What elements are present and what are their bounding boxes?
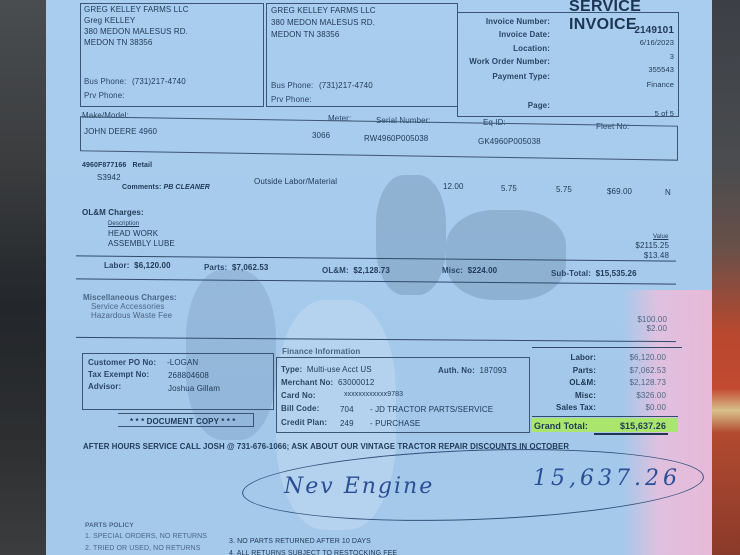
divider	[76, 278, 676, 284]
finance-type: Type: Multi-use Acct US	[281, 365, 372, 374]
finance-type-label: Type:	[281, 365, 302, 374]
grand-total-underline	[594, 433, 668, 435]
total-label: Sales Tax:	[526, 403, 596, 412]
invoice-info-label: Payment Type:	[464, 72, 550, 81]
invoice-info-label: Invoice Number:	[464, 17, 550, 26]
bill-to-address-1: 380 MEDON MALESUS RD.	[84, 27, 188, 36]
divider	[532, 347, 682, 348]
total-label: Misc:	[526, 391, 596, 400]
invoice-info-label: Work Order Number:	[464, 57, 550, 66]
summary-olm: OL&M: $2,128.73	[322, 266, 390, 275]
serial-value: RW4960P005038	[364, 134, 428, 143]
total-value: $7,062.53	[602, 366, 666, 375]
part-ref: 4960F877166 Retail	[82, 162, 152, 169]
summary-subtotal: Sub-Total: $15,535.26	[551, 269, 637, 278]
finance-bill-code-desc: - JD TRACTOR PARTS/SERVICE	[370, 405, 493, 414]
background-photo-right	[712, 0, 740, 555]
bill-to-address-2: MEDON TN 38356	[84, 38, 152, 47]
part-ref-number: 4960F877166	[82, 162, 126, 169]
finance-credit-plan-label: Credit Plan:	[281, 418, 327, 427]
comments-label: Comments:	[122, 184, 161, 191]
grand-total-value: $15,637.26	[594, 421, 666, 431]
bill-to-bus-phone-label: Bus Phone:	[84, 77, 126, 86]
total-value: $0.00	[602, 403, 666, 412]
finance-heading: Finance Information	[282, 347, 360, 356]
parts-policy-item-3: 4. ALL RETURNS SUBJECT TO RESTOCKING FEE	[229, 550, 397, 555]
olm-value-header: Value	[653, 234, 668, 240]
make-model: JOHN DEERE 4960	[84, 127, 157, 136]
reflection-shadow	[376, 175, 446, 295]
finance-auth-value: 187093	[480, 366, 507, 375]
finance-merchant-label: Merchant No:	[281, 378, 333, 387]
finance-credit-plan: 249	[340, 419, 354, 428]
invoice-info-value: Finance	[586, 80, 674, 89]
finance-auth: Auth. No: 187093	[438, 366, 507, 375]
comments-value: PB CLEANER	[163, 184, 210, 191]
line-code: S3942	[97, 173, 121, 182]
summary-parts-value: $7,062.53	[232, 263, 269, 272]
olm-heading: OL&M Charges:	[82, 208, 144, 217]
ship-to-address-2: MEDON TN 38356	[271, 30, 339, 39]
customer-po: -LOGAN	[167, 358, 198, 367]
finance-merchant-value: 63000012	[338, 378, 374, 387]
finance-bill-code: 704	[340, 405, 354, 414]
customer-po-label: Customer PO No:	[88, 358, 156, 367]
bill-to-contact: Greg KELLEY	[84, 16, 135, 25]
summary-subtotal-value: $15,535.26	[596, 269, 637, 278]
document-copy: * * * DOCUMENT COPY * * *	[130, 417, 235, 426]
advisor-value: Joshua Gillam	[168, 384, 220, 393]
misc-item-desc-1: Hazardous Waste Fee	[91, 311, 172, 320]
line-rate-2: 5.75	[556, 185, 572, 194]
bill-to-prv-phone-label: Prv Phone:	[84, 91, 125, 100]
invoice-info-value: 5 of 5	[586, 109, 674, 118]
summary-labor-value: $6,120.00	[134, 261, 171, 270]
invoice-info-value: 2149101	[586, 25, 674, 36]
line-description: Outside Labor/Material	[254, 177, 337, 186]
summary-olm-value: $2,128.73	[353, 266, 390, 275]
summary-labor-label: Labor:	[104, 261, 130, 270]
total-label: OL&M:	[526, 378, 596, 387]
line-amount: $69.00	[607, 187, 632, 196]
tax-exempt-label: Tax Exempt No:	[88, 370, 149, 379]
parts-policy-item-2: 3. NO PARTS RETURNED AFTER 10 DAYS	[229, 538, 371, 545]
total-label: Labor:	[526, 353, 596, 362]
finance-merchant: Merchant No: 63000012	[281, 378, 374, 387]
invoice-info-label: Invoice Date:	[464, 30, 550, 39]
bill-to-bus-phone: (731)217-4740	[132, 77, 186, 86]
olm-item-value-0: $2115.25	[606, 241, 669, 250]
handwritten-note: Nev Engine	[284, 474, 434, 499]
line-qty: 12.00	[443, 182, 464, 191]
background-photo-left	[0, 0, 46, 555]
summary-misc: Misc: $224.00	[442, 266, 497, 275]
finance-card-value: xxxxxxxxxxxx9783	[344, 391, 403, 398]
ship-to-company: GREG KELLEY FARMS LLC	[271, 6, 376, 15]
ship-to-bus-phone: (731)217-4740	[319, 81, 373, 90]
total-value: $326.00	[602, 391, 666, 400]
total-value: $2,128.73	[602, 378, 666, 387]
parts-policy-item-0: 1. SPECIAL ORDERS, NO RETURNS	[85, 533, 207, 540]
invoice-info-label: Location:	[464, 44, 550, 53]
misc-item-value-1: $2.00	[606, 324, 667, 333]
summary-olm-label: OL&M:	[322, 266, 349, 275]
ship-to-bus-phone-label: Bus Phone:	[271, 81, 313, 90]
olm-item-desc-0: HEAD WORK	[108, 229, 158, 238]
reflection-shadow	[446, 210, 566, 300]
finance-auth-label: Auth. No:	[438, 366, 475, 375]
line-flag: N	[665, 188, 671, 197]
misc-item-desc-0: Service Accessories	[91, 302, 164, 311]
invoice-info-value: 3	[586, 52, 674, 61]
invoice-paper: SERVICE INVOICE GREG KELLEY FARMS LLC Gr…	[46, 0, 712, 555]
summary-parts-label: Parts:	[204, 263, 227, 272]
summary-misc-value: $224.00	[468, 266, 498, 275]
ship-to-prv-phone-label: Prv Phone:	[271, 95, 312, 104]
summary-misc-label: Misc:	[442, 266, 463, 275]
olm-item-desc-1: ASSEMBLY LUBE	[108, 239, 175, 248]
divider	[532, 416, 678, 417]
olm-desc-header: Description	[108, 221, 139, 227]
meter-value: 3066	[312, 131, 330, 140]
total-label: Parts:	[526, 366, 596, 375]
summary-labor: Labor: $6,120.00	[104, 261, 171, 270]
parts-policy-item-1: 2. TRIED OR USED, NO RETURNS	[85, 545, 200, 552]
misc-heading: Miscellaneous Charges:	[83, 293, 177, 302]
misc-item-value-0: $100.00	[606, 315, 667, 324]
bill-to-company: GREG KELLEY FARMS LLC	[84, 5, 189, 14]
total-value: $6,120.00	[602, 353, 666, 362]
tax-exempt-value: 268804608	[168, 371, 209, 380]
line-comments: Comments: PB CLEANER	[122, 184, 210, 191]
divider	[76, 337, 676, 342]
finance-bill-code-label: Bill Code:	[281, 404, 319, 413]
summary-subtotal-label: Sub-Total:	[551, 269, 591, 278]
invoice-info-value: 355543	[586, 65, 674, 74]
part-type: Retail	[132, 162, 152, 169]
line-rate-1: 5.75	[501, 184, 517, 193]
advisor-label: Advisor:	[88, 382, 121, 391]
finance-credit-plan-desc: - PURCHASE	[370, 419, 420, 428]
ship-to-address-1: 380 MEDON MALESUS RD.	[271, 18, 375, 27]
invoice-info-label: Page:	[464, 101, 550, 110]
olm-item-value-1: $13.48	[606, 251, 669, 260]
invoice-info-value: 6/16/2023	[586, 38, 674, 47]
finance-type-value: Multi-use Acct US	[307, 365, 372, 374]
eq-id-value: GK4960P005038	[478, 137, 541, 146]
finance-card-label: Card No:	[281, 391, 316, 400]
summary-parts: Parts: $7,062.53	[204, 263, 268, 272]
handwritten-amount: 15,637.26	[533, 466, 681, 491]
grand-total-label: Grand Total:	[534, 421, 588, 431]
parts-policy-heading: PARTS POLICY	[85, 522, 134, 529]
